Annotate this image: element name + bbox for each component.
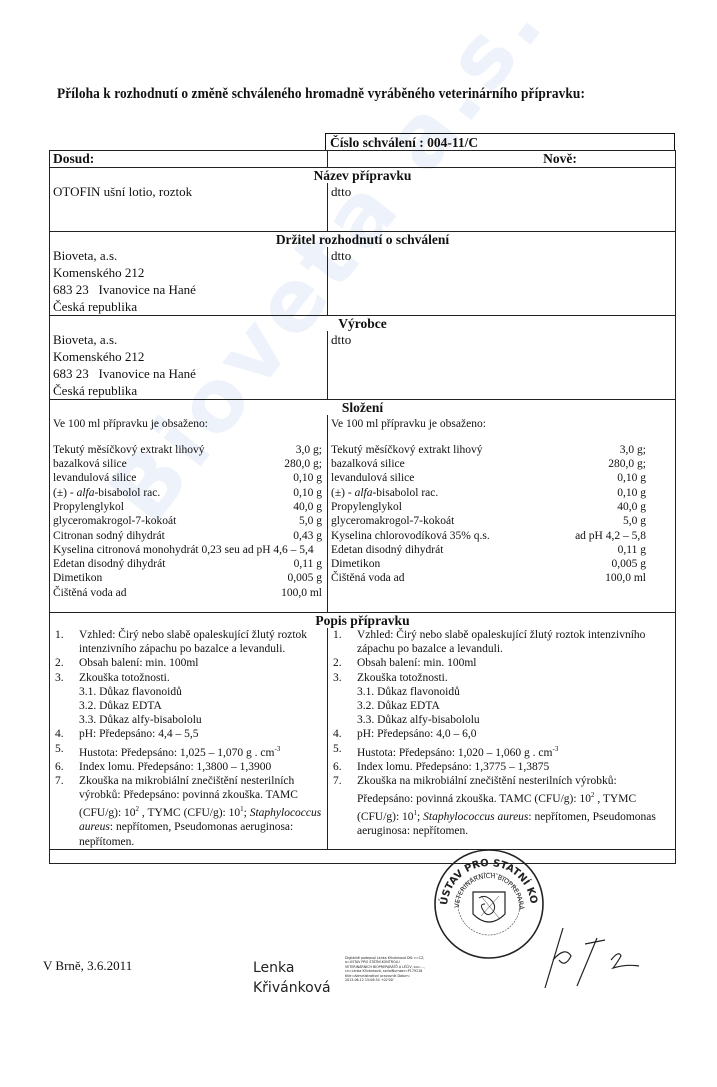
ingredient-amount: 40,0 g — [617, 500, 648, 514]
ingredient-name: Propylenglykol — [331, 500, 402, 514]
section-title-composition: Složení — [50, 399, 676, 415]
composition-row: levandulová silice0,10 g — [53, 471, 324, 485]
signer-name: Lenka Křivánková — [253, 958, 331, 998]
description-item: 7.Zkouška na mikrobiální znečištění nest… — [53, 774, 324, 849]
composition-row: Dimetikon0,005 g — [331, 557, 648, 571]
ingredient-name: Edetan disodný dihydrát — [331, 543, 443, 557]
composition-row: Kyselina citronová monohydrát 0,23 seu a… — [53, 543, 324, 557]
table-bottom-spacer — [50, 849, 676, 863]
description-text: Hustota: Předepsáno: 1,020 – 1,060 g . c… — [357, 742, 558, 760]
approval-number-value: 004-11/C — [427, 135, 478, 150]
ingredient-name: levandulová silice — [331, 471, 414, 485]
ingredient-name: Kyselina citronová monohydrát 0,23 seu a… — [53, 543, 314, 557]
description-number: 6. — [331, 760, 357, 774]
composition-list-after: Tekutý měsíčkový extrakt lihový3,0 g;baz… — [331, 443, 672, 586]
description-text: Zkouška na mikrobiální znečištění nester… — [357, 774, 672, 838]
description-text: Index lomu. Předepsáno: 1,3775 – 1,3875 — [357, 760, 549, 774]
description-number: 7. — [53, 774, 79, 849]
composition-row: bazalková silice280,0 g; — [53, 457, 324, 471]
composition-row: Kyselina chlorovodíková 35% q.s.ad pH 4,… — [331, 529, 648, 543]
description-text: Vzhled: Čirý nebo slabě opaleskující žlu… — [357, 628, 672, 656]
composition-row: glyceromakrogol-7-kokoát5,0 g — [53, 514, 324, 528]
ingredient-amount: 280,0 g; — [284, 457, 324, 471]
composition-row: Čištěná voda ad100,0 ml — [53, 586, 324, 600]
ingredient-name: Edetan disodný dihydrát — [53, 557, 165, 571]
official-stamp-icon: ÚSTAV PRO STÁTNÍ KONTROLU - BRNO VETERIN… — [433, 848, 545, 960]
ingredient-amount: 0,10 g — [293, 486, 324, 500]
description-number: 5. — [53, 742, 79, 760]
description-item: 3.Zkouška totožnosti. — [331, 671, 672, 685]
ingredient-name: Tekutý měsíčkový extrakt lihový — [53, 443, 205, 457]
composition-after: Ve 100 ml přípravku je obsaženo: Tekutý … — [328, 415, 676, 613]
ingredient-amount: 3,0 g; — [296, 443, 324, 457]
digital-signature-meta: Digitálně podepsal Lenka Křivánková DN: … — [345, 956, 425, 982]
description-number: 4. — [331, 727, 357, 741]
description-item: 5.Hustota: Předepsáno: 1,020 – 1,060 g .… — [331, 742, 672, 760]
description-item: 1.Vzhled: Čirý nebo slabě opaleskující ž… — [331, 628, 672, 656]
description-subitem: 3.3. Důkaz alfy-bisabololu — [331, 713, 672, 727]
ingredient-name: bazalková silice — [331, 457, 405, 471]
description-text: Index lomu. Předepsáno: 1,3800 – 1,3900 — [79, 760, 271, 774]
manufacturer-line: 683 23 Ivanovice na Hané — [53, 365, 324, 382]
description-item: 1.Vzhled: Čirý nebo slabě opaleskující ž… — [53, 628, 324, 656]
organism-name: Staphylococcus aureus — [79, 807, 321, 833]
organism-name: Staphylococcus aureus — [423, 811, 528, 823]
manufacturer-before: Bioveta, a.s. Komenského 212 683 23 Ivan… — [50, 331, 328, 400]
holder-line: Bioveta, a.s. — [53, 247, 324, 264]
manufacturer-line: Česká republika — [53, 382, 324, 399]
ingredient-name: Dimetikon — [331, 557, 380, 571]
description-subitem: 3.1. Důkaz flavonoidů — [53, 685, 324, 699]
description-text: Vzhled: Čirý nebo slabě opaleskující žlu… — [79, 628, 324, 656]
name-before: OTOFIN ušní lotio, roztok — [50, 183, 328, 231]
ingredient-name: bazalková silice — [53, 457, 127, 471]
ingredient-amount: 40,0 g — [293, 500, 324, 514]
ingredient-name-italic: alfa — [355, 487, 373, 499]
ingredient-amount: ad pH 4,2 – 5,8 — [575, 529, 648, 543]
ingredient-amount: 0,11 g — [294, 557, 324, 571]
holder-before: Bioveta, a.s. Komenského 212 683 23 Ivan… — [50, 247, 328, 316]
section-title-description: Popis přípravku — [50, 613, 676, 629]
name-after: dtto — [328, 183, 676, 231]
holder-line: Česká republika — [53, 298, 324, 315]
description-item: 6.Index lomu. Předepsáno: 1,3775 – 1,387… — [331, 760, 672, 774]
ingredient-amount: 5,0 g — [299, 514, 324, 528]
superscript: -3 — [552, 745, 558, 753]
description-item: 2.Obsah balení: min. 100ml — [331, 656, 672, 670]
signer-first-name: Lenka — [253, 958, 331, 978]
description-item: 5.Hustota: Předepsáno: 1,025 – 1,070 g .… — [53, 742, 324, 760]
ingredient-name: levandulová silice — [53, 471, 136, 485]
composition-row: bazalková silice280,0 g; — [331, 457, 648, 471]
ingredient-amount: 3,0 g; — [620, 443, 648, 457]
description-number: 2. — [331, 656, 357, 670]
description-number: 4. — [53, 727, 79, 741]
section-title-name: Název přípravku — [50, 168, 676, 184]
composition-row: Čištěná voda ad100,0 ml — [331, 571, 648, 585]
description-number: 1. — [331, 628, 357, 656]
ingredient-amount: 0,10 g — [617, 486, 648, 500]
composition-row: Edetan disodný dihydrát0,11 g — [331, 543, 648, 557]
ingredient-amount: 0,005 g — [288, 571, 325, 585]
description-subitem: 3.2. Důkaz EDTA — [53, 699, 324, 713]
description-number: 6. — [53, 760, 79, 774]
description-number: 2. — [53, 656, 79, 670]
ingredient-amount: 5,0 g — [623, 514, 648, 528]
composition-row: Citronan sodný dihydrát0,43 g — [53, 529, 324, 543]
composition-list-before: Tekutý měsíčkový extrakt lihový3,0 g;baz… — [53, 443, 324, 600]
ingredient-amount: 100,0 ml — [281, 586, 324, 600]
description-text: Hustota: Předepsáno: 1,025 – 1,070 g . c… — [79, 742, 280, 760]
ingredient-name: Tekutý měsíčkový extrakt lihový — [331, 443, 483, 457]
manufacturer-after: dtto — [328, 331, 676, 400]
approval-number: Číslo schválení : 004-11/C — [325, 133, 675, 150]
col-before-header: Dosud: — [50, 151, 328, 168]
ingredient-name: Citronan sodný dihydrát — [53, 529, 165, 543]
ingredient-name-italic: alfa — [77, 487, 95, 499]
description-number: 3. — [53, 671, 79, 685]
description-subitem: 3.2. Důkaz EDTA — [331, 699, 672, 713]
holder-line: Komenského 212 — [53, 264, 324, 281]
description-text: Obsah balení: min. 100ml — [357, 656, 476, 670]
description-item: 3.Zkouška totožnosti. — [53, 671, 324, 685]
ingredient-name: Čištěná voda ad — [53, 586, 126, 600]
place-date: V Brně, 3.6.2011 — [43, 958, 132, 974]
description-number: 3. — [331, 671, 357, 685]
superscript: 1 — [240, 805, 244, 813]
composition-before: Ve 100 ml přípravku je obsaženo: Tekutý … — [50, 415, 328, 613]
ingredient-amount: 0,43 g — [293, 529, 324, 543]
header-row: Dosud: Nově: — [50, 151, 676, 168]
ingredient-name: Čištěná voda ad — [331, 571, 404, 585]
ingredient-amount: 0,10 g — [617, 471, 648, 485]
manufacturer-line: Komenského 212 — [53, 348, 324, 365]
composition-row: Propylenglykol40,0 g — [331, 500, 648, 514]
ingredient-name: (±) - alfa-bisabolol rac. — [331, 486, 438, 500]
ingredient-amount — [322, 543, 324, 557]
composition-row: Propylenglykol40,0 g — [53, 500, 324, 514]
section-title-manufacturer: Výrobce — [50, 315, 676, 331]
holder-line: 683 23 Ivanovice na Hané — [53, 281, 324, 298]
manufacturer-line: Bioveta, a.s. — [53, 331, 324, 348]
ingredient-name: Kyselina chlorovodíková 35% q.s. — [331, 529, 490, 543]
ingredient-amount: 0,005 g — [612, 557, 649, 571]
description-item: 7.Zkouška na mikrobiální znečištění nest… — [331, 774, 672, 838]
ingredient-amount: 100,0 ml — [605, 571, 648, 585]
description-subitem: 3.3. Důkaz alfy-bisabololu — [53, 713, 324, 727]
superscript: -3 — [274, 745, 280, 753]
description-text: Zkouška na mikrobiální znečištění nester… — [79, 774, 324, 849]
description-text: pH: Předepsáno: 4,4 – 5,5 — [79, 727, 198, 741]
description-item: 4.pH: Předepsáno: 4,4 – 5,5 — [53, 727, 324, 741]
description-before: 1.Vzhled: Čirý nebo slabě opaleskující ž… — [50, 628, 328, 849]
description-item: 4.pH: Předepsáno: 4,0 – 6,0 — [331, 727, 672, 741]
ingredient-amount: 0,10 g — [293, 471, 324, 485]
description-text: Zkouška totožnosti. — [79, 671, 170, 685]
superscript: 1 — [414, 809, 418, 817]
composition-row: Edetan disodný dihydrát0,11 g — [53, 557, 324, 571]
ingredient-name: Dimetikon — [53, 571, 102, 585]
composition-row: Tekutý měsíčkový extrakt lihový3,0 g; — [331, 443, 648, 457]
ingredient-name: Propylenglykol — [53, 500, 124, 514]
description-item: 6.Index lomu. Předepsáno: 1,3800 – 1,390… — [53, 760, 324, 774]
ingredient-amount: 280,0 g; — [608, 457, 648, 471]
composition-row: (±) - alfa-bisabolol rac.0,10 g — [331, 486, 648, 500]
ingredient-amount: 0,11 g — [618, 543, 648, 557]
ingredient-name: (±) - alfa-bisabolol rac. — [53, 486, 160, 500]
col-after-header: Nově: — [328, 151, 676, 168]
description-number: 5. — [331, 742, 357, 760]
composition-intro: Ve 100 ml přípravku je obsaženo: — [53, 417, 324, 431]
superscript: 2 — [136, 805, 140, 813]
description-item: 2.Obsah balení: min. 100ml — [53, 656, 324, 670]
superscript: 2 — [591, 791, 595, 799]
description-after: 1.Vzhled: Čirý nebo slabě opaleskující ž… — [328, 628, 676, 849]
composition-row: Dimetikon0,005 g — [53, 571, 324, 585]
description-text: Obsah balení: min. 100ml — [79, 656, 198, 670]
page-title: Příloha k rozhodnutí o změně schváleného… — [57, 86, 585, 103]
section-title-holder: Držitel rozhodnutí o schválení — [50, 231, 676, 247]
description-subitem: 3.1. Důkaz flavonoidů — [331, 685, 672, 699]
handwritten-signature-icon — [535, 920, 645, 990]
comparison-table: Dosud: Nově: Název přípravku OTOFIN ušní… — [49, 150, 676, 864]
composition-intro: Ve 100 ml přípravku je obsaženo: — [331, 417, 672, 431]
composition-row: Tekutý měsíčkový extrakt lihový3,0 g; — [53, 443, 324, 457]
signer-last-name: Křivánková — [253, 978, 331, 998]
description-text: Zkouška totožnosti. — [357, 671, 448, 685]
composition-row: glyceromakrogol-7-kokoát5,0 g — [331, 514, 648, 528]
ingredient-name: glyceromakrogol-7-kokoát — [331, 514, 454, 528]
description-number: 1. — [53, 628, 79, 656]
description-number: 7. — [331, 774, 357, 838]
ingredient-name: glyceromakrogol-7-kokoát — [53, 514, 176, 528]
composition-row: (±) - alfa-bisabolol rac.0,10 g — [53, 486, 324, 500]
approval-number-label: Číslo schválení : — [330, 135, 424, 150]
composition-row: levandulová silice0,10 g — [331, 471, 648, 485]
holder-after: dtto — [328, 247, 676, 316]
description-text: pH: Předepsáno: 4,0 – 6,0 — [357, 727, 476, 741]
